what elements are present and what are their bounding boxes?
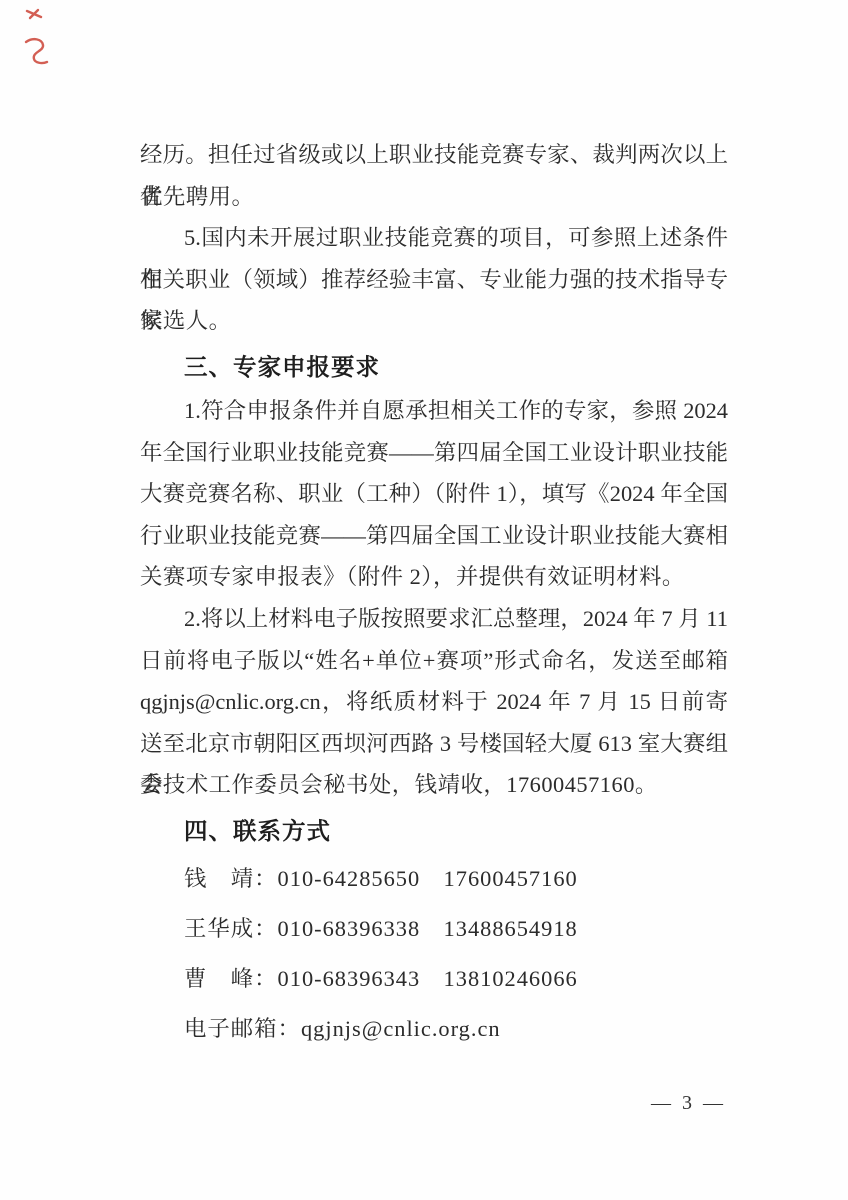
page-number: — 3 — [651,1092,726,1115]
contact-email-line: 电子邮箱：qgjnjs@cnlic.org.cn [140,1004,728,1054]
doc-line: 关赛项专家申报表》（附件 2），并提供有效证明材料。 [140,556,728,598]
section-heading-contact: 四、联系方式 [140,808,728,854]
section-heading-experts-application: 三、专家申报要求 [140,344,728,390]
doc-line: qgjnjs@cnlic.org.cn，将纸质材料于 2024 年 7 月 15… [140,681,728,723]
doc-line: 相关职业（领域）推荐经验丰富、专业能力强的技术指导专家 [140,259,728,301]
doc-line: 日前将电子版以“姓名+单位+赛项”形式命名，发送至邮箱 [140,640,728,682]
doc-line: 优先聘用。 [140,176,728,218]
doc-line: 送至北京市朝阳区西坝河西路 3 号楼国轻大厦 613 室大赛组委 [140,723,728,765]
document-page: 经历。担任过省级或以上职业技能竞赛专家、裁判两次以上者 优先聘用。 5.国内未开… [0,0,848,1200]
doc-line: 年全国行业职业技能竞赛——第四届全国工业设计职业技能 [140,432,728,474]
doc-line: 5.国内未开展过职业技能竞赛的项目，可参照上述条件在 [140,217,728,259]
doc-line: 大赛竞赛名称、职业（工种）（附件 1），填写《2024 年全国 [140,473,728,515]
contact-line: 王华成：010-68396338 13488654918 [140,904,728,954]
doc-line: 经历。担任过省级或以上职业技能竞赛专家、裁判两次以上者 [140,134,728,176]
contact-line: 曹 峰：010-68396343 13810246066 [140,954,728,1004]
doc-line: 1.符合申报条件并自愿承担相关工作的专家，参照 2024 [140,390,728,432]
red-pen-mark-icon [20,4,54,70]
document-body: 经历。担任过省级或以上职业技能竞赛专家、裁判两次以上者 优先聘用。 5.国内未开… [140,134,728,1054]
contact-line: 钱 靖：010-64285650 17600457160 [140,854,728,904]
doc-line: 行业职业技能竞赛——第四届全国工业设计职业技能大赛相 [140,515,728,557]
doc-line: 候选人。 [140,300,728,342]
doc-line: 会技术工作委员会秘书处，钱靖收，17600457160。 [140,764,728,806]
doc-line: 2.将以上材料电子版按照要求汇总整理，2024 年 7 月 11 [140,598,728,640]
